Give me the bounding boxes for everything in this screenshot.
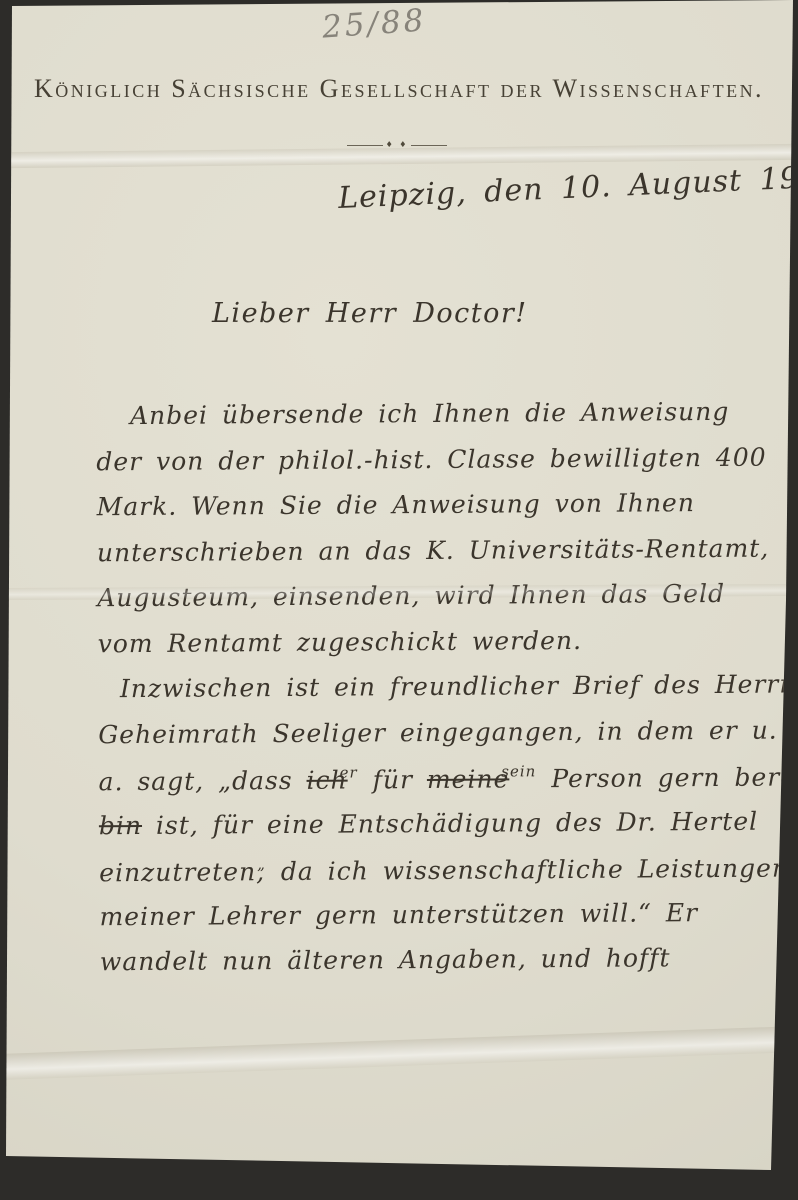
handwritten-text: ist, für eine Entschädigung des Dr. Hert…: [142, 806, 758, 839]
handwritten-text: da ich wissenschaftliche Leistungen: [267, 853, 789, 886]
letter-page: 25/88 Königlich Sächsische Gesellschaft …: [0, 0, 798, 1200]
divider-rule-right: [411, 145, 447, 146]
handwritten-text: meiner Lehrer gern unterstützen will.“ E…: [99, 898, 698, 931]
dateline: Leipzig, den 10. August 1906: [337, 159, 798, 216]
handwritten-text: Anbei übersende ich Ihnen die Anweisung: [130, 397, 730, 430]
handwritten-text: Inzwischen ist ein freundlicher Brief de…: [120, 669, 797, 703]
handwritten-line: der von der philol.-hist. Classe bewilli…: [96, 442, 756, 492]
handwritten-line: Inzwischen ist ein freundlicher Brief de…: [98, 670, 758, 720]
handwritten-text: für: [359, 765, 427, 794]
salutation: Lieber Herr Doctor!: [212, 298, 528, 329]
handwritten-line: vom Rentamt zugeschickt werden.: [98, 624, 758, 674]
handwritten-line: bin ist, für eine Entschädigung des Dr. …: [99, 806, 759, 856]
fold-crease: [0, 1026, 798, 1081]
handwritten-text: Augusteum, einsenden, wird Ihnen das Gel…: [97, 579, 725, 612]
handwritten-text: Geheimrath Seeliger eingegangen, in dem …: [98, 715, 778, 749]
handwritten-text: der von der philol.-hist. Classe bewilli…: [96, 442, 766, 476]
handwritten-line: a. sagt, „dass icher für meinesein Perso…: [98, 761, 758, 811]
struck-word: meine: [427, 764, 510, 794]
handwritten-text: Mark. Wenn Sie die Anweisung von Ihnen: [97, 488, 695, 521]
handwritten-line: Mark. Wenn Sie die Anweisung von Ihnen: [97, 488, 757, 538]
letter-body: Anbei übersende ich Ihnen die Anweisungd…: [96, 397, 760, 993]
struck-word: bin: [99, 811, 142, 840]
archive-number-pencil: 25/88: [321, 2, 428, 45]
handwritten-line: einzutreten,„ da ich wissenschaftliche L…: [99, 852, 759, 902]
handwritten-text: vom Rentamt zugeschickt werden.: [98, 625, 583, 657]
handwritten-line: unterschrieben an das K. Universitäts-Re…: [97, 533, 757, 583]
handwritten-text: a. sagt, „dass: [98, 766, 306, 796]
interlinear-correction: „: [257, 855, 266, 873]
interlinear-correction: er: [340, 763, 358, 781]
handwritten-text: wandelt nun älteren Angaben, und hofft: [100, 943, 671, 976]
handwritten-text: einzutreten,: [99, 857, 265, 887]
handwritten-line: Anbei übersende ich Ihnen die Anweisung: [96, 397, 756, 447]
scanner-background: 25/88 Königlich Sächsische Gesellschaft …: [0, 0, 798, 1200]
handwritten-text: Person gern bereit: [537, 762, 798, 793]
divider-diamond-icon: ♦ ♦: [383, 141, 412, 149]
letterhead-title: Königlich Sächsische Gesellschaft der Wi…: [0, 74, 798, 104]
handwritten-line: wandelt nun älteren Angaben, und hofft: [100, 943, 760, 993]
handwritten-line: Geheimrath Seeliger eingegangen, in dem …: [98, 715, 758, 765]
handwritten-line: meiner Lehrer gern unterstützen will.“ E…: [99, 897, 759, 947]
handwritten-line: Augusteum, einsenden, wird Ihnen das Gel…: [97, 579, 757, 629]
divider-rule-left: [347, 145, 383, 146]
interlinear-correction: sein: [501, 762, 536, 780]
handwritten-text: unterschrieben an das K. Universitäts-Re…: [97, 533, 769, 567]
letterhead-divider: ♦ ♦: [347, 141, 447, 149]
